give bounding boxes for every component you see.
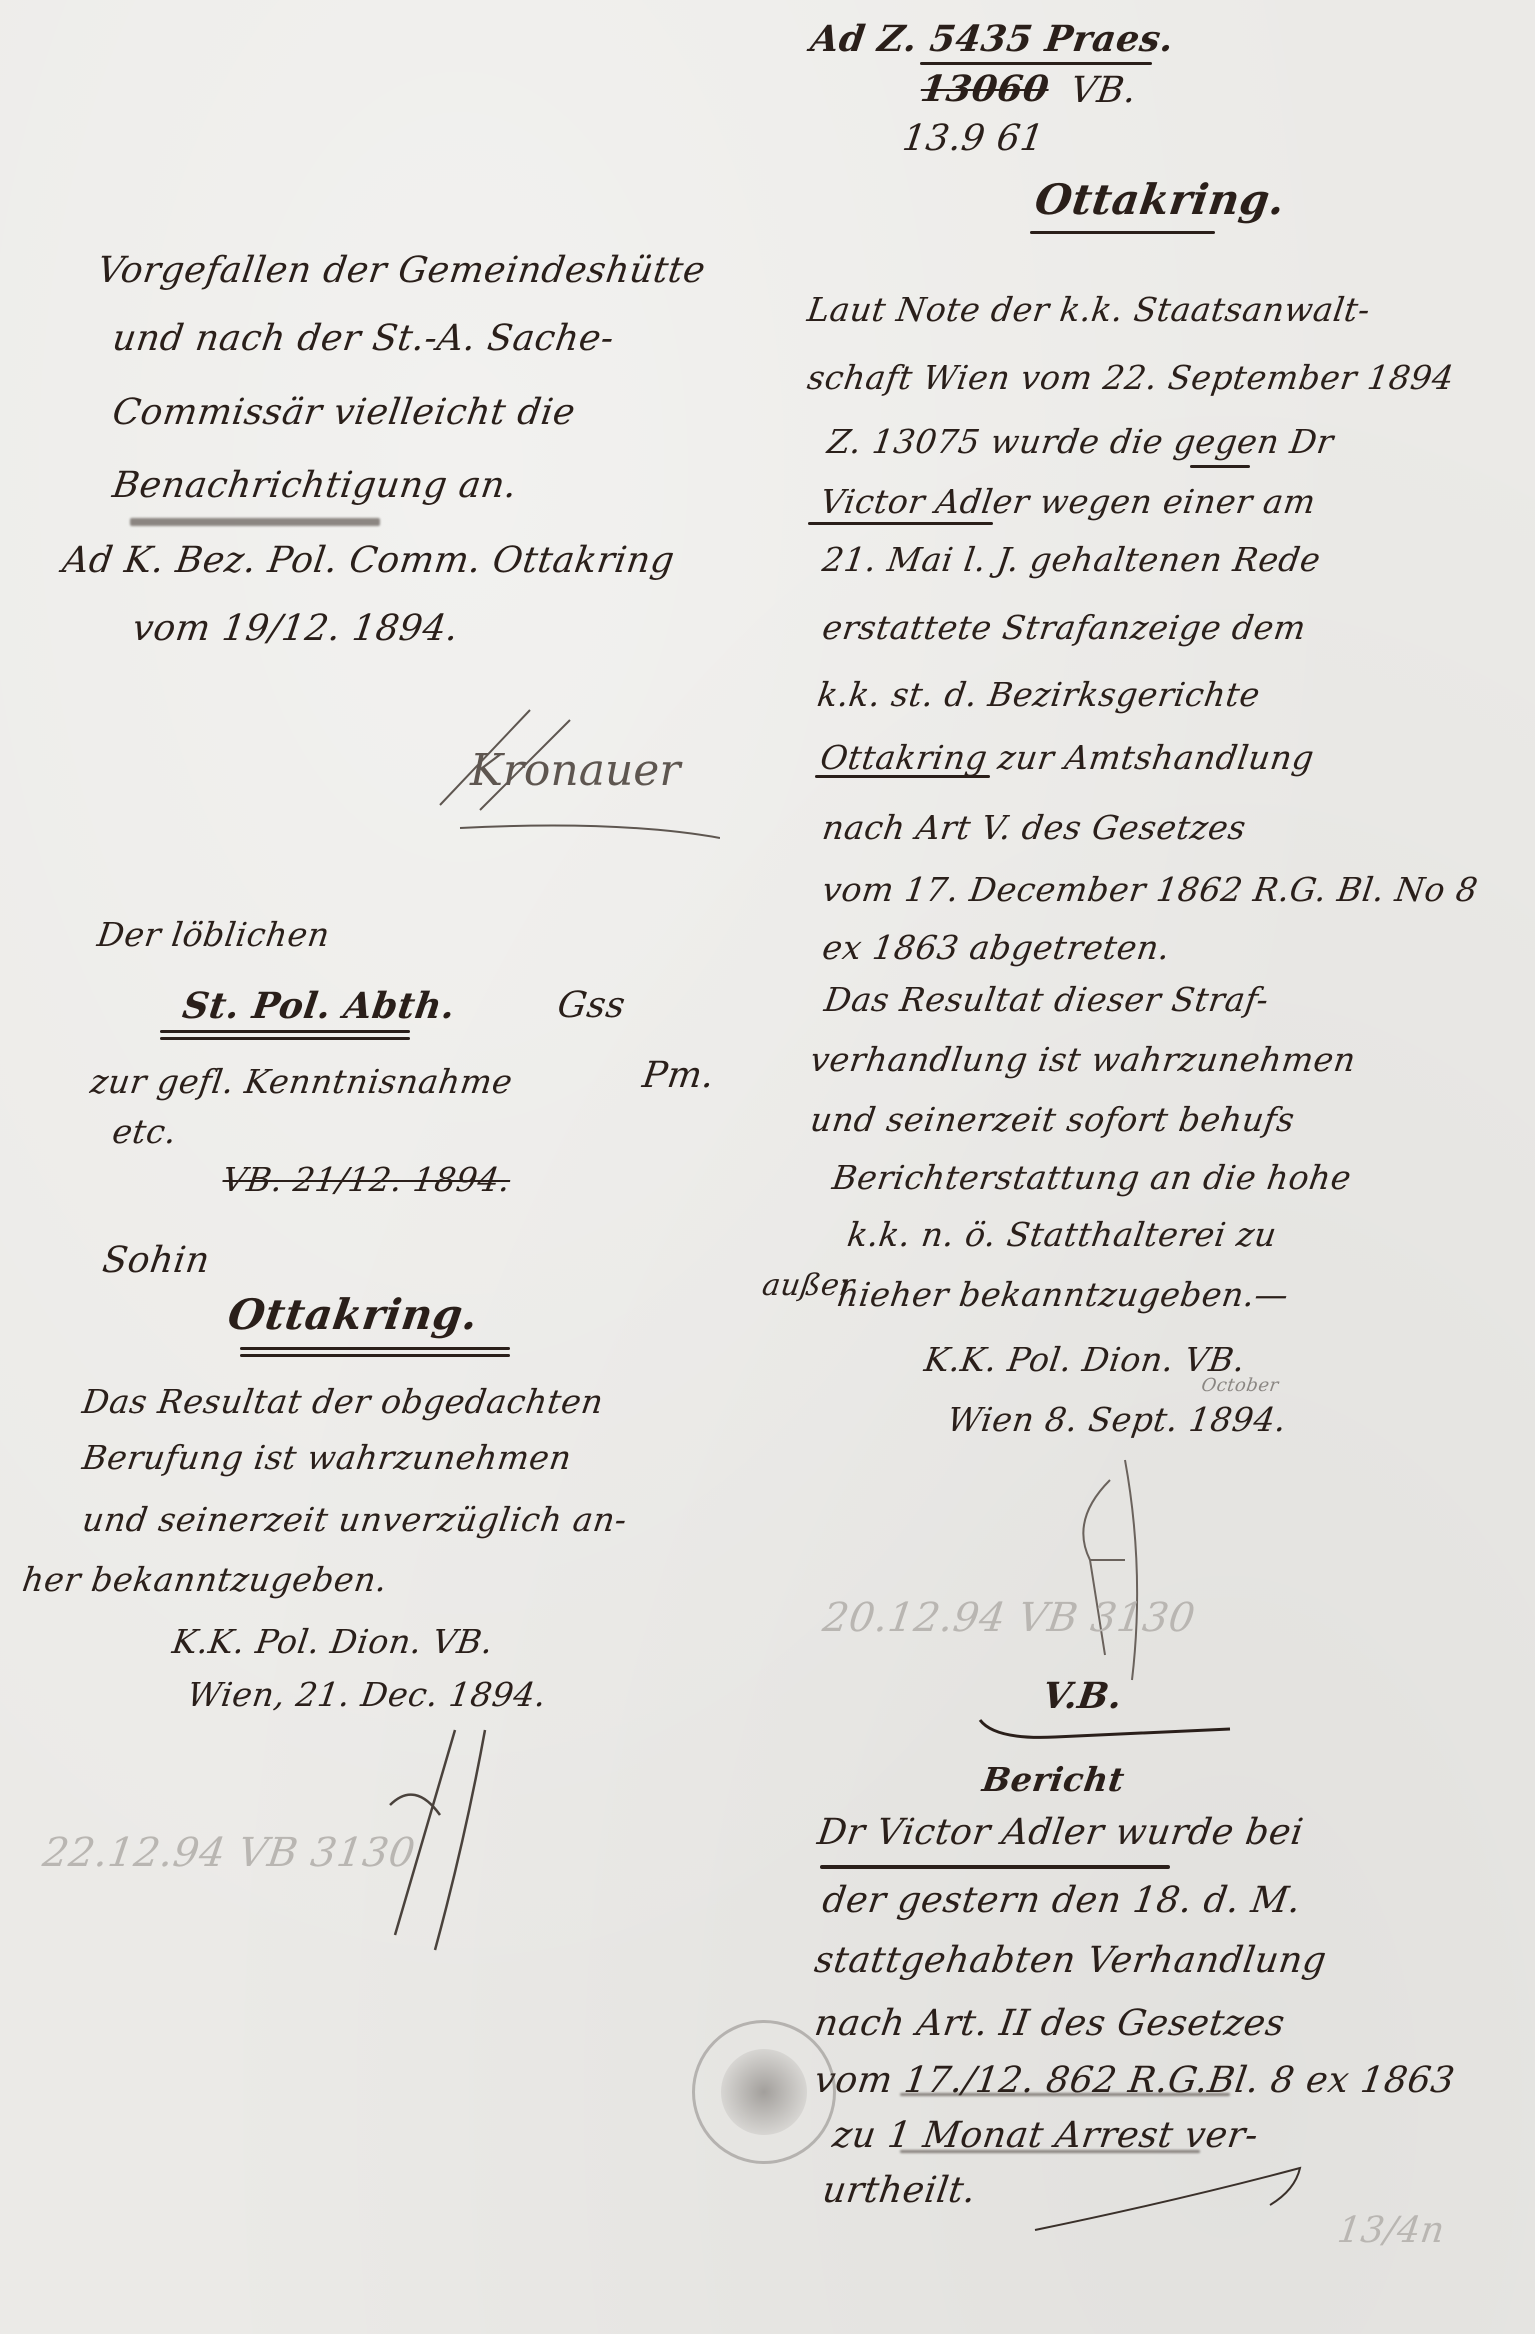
right-report-line-3: stattgehabten Verhandlung — [812, 1940, 1329, 1981]
right-closing-line-1: K.K. Pol. Dion. VB. — [922, 1340, 1248, 1379]
right-report-victor-adler-underline — [820, 1865, 1170, 1869]
right-victor-adler-underline — [808, 522, 993, 525]
right-report-line-4: nach Art. II des Gesetzes — [812, 2003, 1287, 2044]
right-body-line-12: Das Resultat dieser Straf- — [822, 980, 1271, 1019]
header-ref-line3: 13.9 61 — [900, 118, 1047, 159]
header-ref-line1: Ad Z. 5435 Praes. — [808, 18, 1177, 60]
left-struck-date: VB. 21/12. 1894. — [220, 1160, 513, 1199]
right-heading: Ottakring. — [1032, 175, 1288, 224]
right-body-line-3: Z. 13075 wurde die gegen Dr — [825, 422, 1336, 461]
left-body-line-1: Das Resultat der obgedachten — [80, 1382, 606, 1421]
left-intro-line-1: Vorgefallen der Gemeindeshütte — [95, 250, 708, 291]
right-report-line-7: urtheilt. — [820, 2170, 979, 2211]
official-seal-stamp — [692, 2020, 836, 2164]
left-intro-line-3: Commissär vielleicht die — [110, 392, 578, 433]
right-report-line-2: der gestern den 18. d. M. — [820, 1880, 1304, 1921]
right-body-line-6: erstattete Strafanzeige dem — [820, 608, 1309, 647]
right-body-line-15: Berichterstattung an die hohe — [830, 1158, 1354, 1197]
left-address-etc: etc. — [110, 1112, 179, 1151]
signature-flourish-icon — [420, 690, 720, 840]
seal-eagle-icon — [721, 2049, 807, 2135]
right-body-line-2: schaft Wien vom 22. September 1894 — [805, 358, 1456, 397]
left-to-place-rule-2 — [240, 1354, 510, 1357]
right-faint-corner-mark: 13/4n — [1335, 2210, 1447, 2251]
left-closing-line-2: Wien, 21. Dec. 1894. — [185, 1675, 549, 1714]
right-closing-superscript: October — [1200, 1375, 1280, 1396]
right-body-line-16: k.k. n. ö. Statthalterei zu — [845, 1215, 1279, 1254]
left-body-line-3: und seinerzeit unverzüglich an- — [80, 1500, 630, 1539]
right-ottakring-underline — [815, 775, 990, 778]
right-body-line-5: 21. Mai l. J. gehaltenen Rede — [820, 540, 1323, 579]
right-report-rule-2 — [900, 2150, 1200, 2153]
header-ref-vb: VB. — [1068, 70, 1139, 111]
left-address-line-1: Der löblichen — [95, 915, 332, 954]
left-to-place: Ottakring. — [225, 1290, 481, 1339]
header-ref-struck-number: 13060 — [918, 68, 1052, 110]
right-closing-line-2: Wien 8. Sept. 1894. — [945, 1400, 1289, 1439]
right-body-line-4: Victor Adler wegen einer am — [818, 482, 1318, 521]
left-address-dept-rule-2 — [160, 1037, 410, 1040]
left-smudged-rule — [130, 518, 380, 526]
header-ref-rule — [920, 62, 1152, 65]
right-body-line-8: Ottakring zur Amtshandlung — [818, 738, 1317, 777]
right-body-line-14: und seinerzeit sofort behufs — [808, 1100, 1297, 1139]
right-vb-label: V.B. — [1040, 1675, 1125, 1717]
right-body-line-11: ex 1863 abgetreten. — [820, 928, 1173, 967]
left-margin-initials-1: Gss — [555, 985, 628, 1026]
left-body-line-2: Berufung ist wahrzunehmen — [80, 1438, 574, 1477]
left-intro-line-2: und nach der St.-A. Sache- — [110, 318, 617, 359]
right-closing-flourish-icon — [1030, 2160, 1330, 2240]
left-body-line-4: her bekanntzugeben. — [20, 1560, 390, 1599]
left-margin-initials-2: Pm. — [640, 1055, 717, 1096]
right-body-line-17: hieher bekanntzugeben.— — [835, 1275, 1291, 1314]
right-report-title: Bericht — [980, 1760, 1127, 1799]
right-body-line-13: verhandlung ist wahrzunehmen — [808, 1040, 1358, 1079]
left-address-dept-rule-1 — [160, 1030, 410, 1033]
right-body-line-7: k.k. st. d. Bezirksgerichte — [815, 675, 1263, 714]
left-sender-line-1: Ad K. Bez. Pol. Comm. Ottakring — [60, 540, 677, 581]
right-body-line-10: vom 17. December 1862 R.G. Bl. No 8 — [820, 870, 1480, 909]
left-intro-line-4: Benachrichtigung an. — [110, 465, 520, 506]
right-report-rule-1 — [900, 2093, 1230, 2096]
right-initials-mark-icon — [1050, 1450, 1170, 1690]
right-vb-underline-icon — [975, 1715, 1235, 1745]
right-body-line-1: Laut Note der k.k. Staatsanwalt- — [805, 290, 1373, 329]
right-pencil-registry: 20.12.94 VB 3130 — [820, 1595, 1198, 1641]
left-sender-line-2: vom 19/12. 1894. — [130, 608, 461, 649]
right-body-line-9: nach Art V. des Gesetzes — [820, 808, 1249, 847]
left-address-note: zur gefl. Kenntnisnahme — [88, 1062, 515, 1101]
left-to-label: Sohin — [100, 1240, 212, 1281]
left-closing-line-1: K.K. Pol. Dion. VB. — [170, 1622, 496, 1661]
right-heading-rule — [1030, 231, 1215, 234]
right-dr-underline — [1190, 465, 1250, 468]
right-report-line-1: Dr Victor Adler wurde bei — [815, 1812, 1306, 1853]
left-address-dept: St. Pol. Abth. — [180, 985, 458, 1027]
left-pencil-registry: 22.12.94 VB 3130 — [40, 1830, 418, 1876]
left-to-place-rule-1 — [240, 1347, 510, 1350]
